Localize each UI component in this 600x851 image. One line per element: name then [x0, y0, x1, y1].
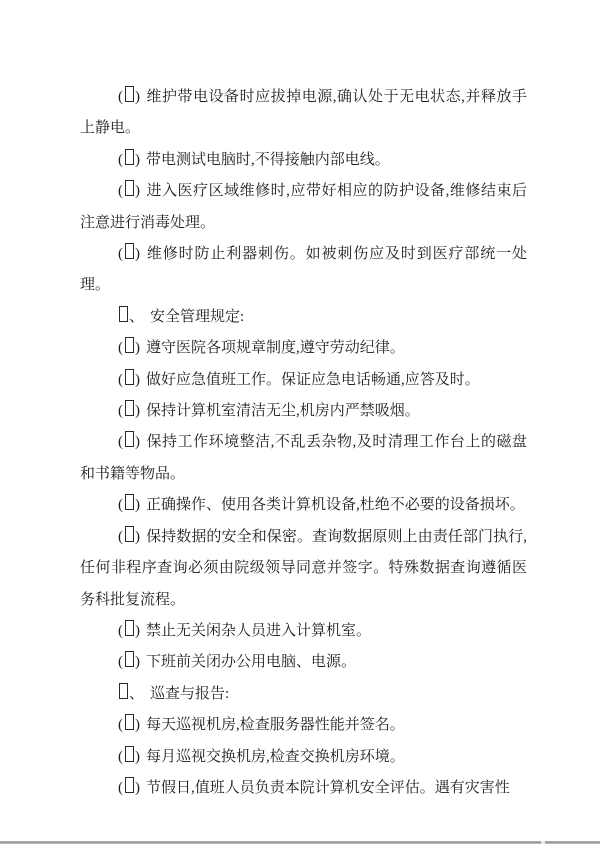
missing-glyph-tofu-icon: [125, 494, 134, 510]
marker-enumeration-comma: 、: [129, 309, 144, 325]
list-item-paragraph: ()维护带电设备时应拔掉电源,确认处于无电状态,并释放手上静电。: [80, 82, 527, 145]
missing-glyph-tofu-icon: [125, 400, 134, 416]
missing-glyph-tofu-icon: [125, 149, 134, 165]
marker-close-paren: ): [135, 340, 140, 356]
marker-open-paren: (: [118, 403, 124, 419]
marker-open-paren: (: [118, 152, 124, 168]
missing-glyph-tofu-icon: [125, 620, 134, 636]
section-heading: 、巡查与报告:: [80, 679, 527, 710]
missing-glyph-tofu-icon: [125, 714, 134, 730]
marker-open-paren: (: [118, 529, 124, 545]
marker-open-paren: (: [118, 183, 124, 199]
paragraph-text: 维修时防止利器刺伤。如被刺伤应及时到医疗部统一处理。: [80, 246, 527, 293]
list-item-paragraph: ()带电测试电脑时,不得接触内部电线。: [80, 145, 527, 176]
marker-close-paren: ): [135, 246, 140, 262]
missing-glyph-tofu-icon: [125, 337, 134, 353]
missing-glyph-tofu-icon: [125, 526, 134, 542]
marker-open-paren: (: [118, 717, 124, 733]
list-item-paragraph: ()维修时防止利器刺伤。如被刺伤应及时到医疗部统一处理。: [80, 239, 527, 302]
document-page: ()维护带电设备时应拔掉电源,确认处于无电状态,并释放手上静电。()带电测试电脑…: [0, 0, 600, 851]
missing-glyph-tofu-icon: [125, 180, 134, 196]
list-item-paragraph: ()保持工作环境整洁,不乱丢杂物,及时清理工作台上的磁盘和书籍等物品。: [80, 427, 527, 490]
marker-open-paren: (: [118, 340, 124, 356]
marker-open-paren: (: [118, 623, 124, 639]
list-item-paragraph: ()正确操作、使用各类计算机设备,杜绝不必要的设备损坏。: [80, 490, 527, 521]
list-item-paragraph: ()禁止无关闲杂人员进入计算机室。: [80, 616, 527, 647]
paragraph-text: 每天巡视机房,检查服务器性能并签名。: [146, 717, 405, 733]
marker-close-paren: ): [135, 749, 140, 765]
marker-close-paren: ): [135, 152, 140, 168]
missing-glyph-tofu-icon: [125, 651, 134, 667]
list-item-paragraph: ()做好应急值班工作。保证应急电话畅通,应答及时。: [80, 365, 527, 396]
marker-close-paren: ): [135, 717, 140, 733]
paragraph-text: 安全管理规定:: [150, 309, 244, 325]
marker-close-paren: ): [135, 372, 140, 388]
missing-glyph-tofu-icon: [125, 746, 134, 762]
missing-glyph-tofu-icon: [125, 777, 134, 793]
paragraph-text: 正确操作、使用各类计算机设备,杜绝不必要的设备损坏。: [146, 497, 525, 513]
marker-close-paren: ): [135, 434, 140, 450]
marker-open-paren: (: [118, 372, 124, 388]
list-item-paragraph: ()保持计算机室清洁无尘,机房内严禁吸烟。: [80, 396, 527, 427]
marker-open-paren: (: [118, 749, 124, 765]
paragraph-text: 遵守医院各项规章制度,遵守劳动纪律。: [146, 340, 405, 356]
marker-close-paren: ): [135, 89, 140, 105]
paragraph-text: 下班前关闭办公用电脑、电源。: [146, 654, 356, 670]
missing-glyph-tofu-icon: [119, 683, 128, 699]
list-item-paragraph: ()每月巡视交换机房,检查交换机房环境。: [80, 742, 527, 773]
list-item-paragraph: ()下班前关闭办公用电脑、电源。: [80, 647, 527, 678]
missing-glyph-tofu-icon: [125, 369, 134, 385]
marker-open-paren: (: [118, 434, 124, 450]
list-item-paragraph: ()遵守医院各项规章制度,遵守劳动纪律。: [80, 333, 527, 364]
marker-close-paren: ): [135, 529, 140, 545]
missing-glyph-tofu-icon: [119, 306, 128, 322]
missing-glyph-tofu-icon: [125, 86, 134, 102]
marker-close-paren: ): [135, 623, 140, 639]
list-item-paragraph: ()节假日,值班人员负责本院计算机安全评估。遇有灾害性: [80, 773, 527, 804]
list-item-paragraph: ()每天巡视机房,检查服务器性能并签名。: [80, 710, 527, 741]
paragraph-text: 巡查与报告:: [150, 686, 229, 702]
marker-open-paren: (: [118, 654, 124, 670]
paragraph-text: 保持工作环境整洁,不乱丢杂物,及时清理工作台上的磁盘和书籍等物品。: [80, 434, 527, 481]
marker-open-paren: (: [118, 89, 124, 105]
marker-close-paren: ): [135, 497, 140, 513]
marker-close-paren: ): [135, 403, 140, 419]
page-edge-notch: [541, 841, 545, 844]
document-body: ()维护带电设备时应拔掉电源,确认处于无电状态,并释放手上静电。()带电测试电脑…: [80, 82, 527, 804]
list-item-paragraph: ()进入医疗区域维修时,应带好相应的防护设备,维修结束后注意进行消毒处理。: [80, 176, 527, 239]
marker-open-paren: (: [118, 780, 124, 796]
paragraph-text: 禁止无关闲杂人员进入计算机室。: [146, 623, 371, 639]
page-bottom-edge: [0, 841, 600, 844]
section-heading: 、安全管理规定:: [80, 302, 527, 333]
marker-open-paren: (: [118, 246, 124, 262]
paragraph-text: 维护带电设备时应拔掉电源,确认处于无电状态,并释放手上静电。: [80, 89, 527, 136]
paragraph-text: 进入医疗区域维修时,应带好相应的防护设备,维修结束后注意进行消毒处理。: [80, 183, 527, 230]
list-item-paragraph: ()保持数据的安全和保密。查询数据原则上由责任部门执行,任何非程序查询必须由院级…: [80, 522, 527, 616]
marker-enumeration-comma: 、: [129, 686, 144, 702]
marker-close-paren: ): [135, 183, 140, 199]
missing-glyph-tofu-icon: [125, 243, 134, 259]
paragraph-text: 保持计算机室清洁无尘,机房内严禁吸烟。: [146, 403, 420, 419]
marker-open-paren: (: [118, 497, 124, 513]
marker-close-paren: ): [135, 654, 140, 670]
paragraph-text: 带电测试电脑时,不得接触内部电线。: [146, 152, 390, 168]
missing-glyph-tofu-icon: [125, 431, 134, 447]
paragraph-text: 做好应急值班工作。保证应急电话畅通,应答及时。: [146, 372, 480, 388]
marker-close-paren: ): [135, 780, 140, 796]
paragraph-text: 保持数据的安全和保密。查询数据原则上由责任部门执行,任何非程序查询必须由院级领导…: [80, 529, 527, 608]
paragraph-text: 节假日,值班人员负责本院计算机安全评估。遇有灾害性: [146, 780, 510, 796]
paragraph-text: 每月巡视交换机房,检查交换机房环境。: [146, 749, 405, 765]
